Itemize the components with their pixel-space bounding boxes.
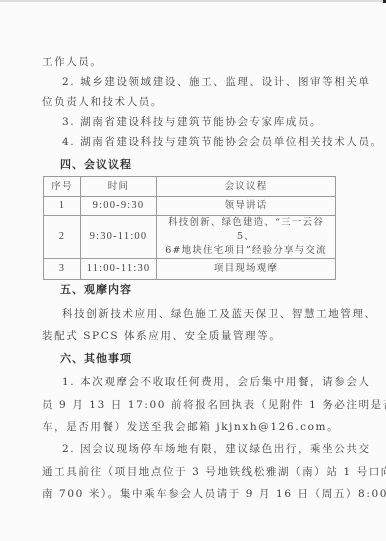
header-no: 序号 — [44, 177, 81, 197]
cell-agenda: 科技创新、绿色建造、“三一云谷 5、 6#地块住宅项目”经验分享与交流 — [157, 216, 336, 259]
list-item-4: 4. 湖南省建设科技与建筑节能协会会员单位相关技术人员。 — [62, 135, 383, 149]
document-page: 工作人员。 2. 城乡建设领域建设、施工、监理、设计、图审等相关单 位负责人和技… — [0, 0, 386, 541]
text-line: 南 700 米）。集中乘车参会人员请于 9 月 16 日（周五）8:00 前到 — [42, 487, 386, 501]
list-item-2: 2. 城乡建设领域建设、施工、监理、设计、图审等相关单 — [62, 75, 371, 89]
scan-edge — [0, 0, 386, 2]
list-item-3: 3. 湖南省建设科技与建筑节能协会专家库成员。 — [62, 115, 322, 129]
text-line: 员 9 月 13 日 17:00 前将报名回执表（见附件 1 务必注明是否乘 — [42, 398, 386, 412]
cell-time: 11:00-11:30 — [81, 259, 157, 280]
table-row: 1 9:00-9:30 领导讲话 — [44, 197, 336, 216]
text-line: 科技创新技术应用、绿色施工及蓝天保卫、智慧工地管理、 — [62, 307, 377, 321]
section-heading-tour-content: 五、观摩内容 — [60, 283, 132, 297]
cell-agenda: 领导讲话 — [157, 197, 336, 216]
table-row: 2 9:30-11:00 科技创新、绿色建造、“三一云谷 5、 6#地块住宅项目… — [44, 216, 336, 259]
cell-no: 3 — [44, 259, 81, 280]
text-line: 装配式 SPCS 体系应用、安全质量管理等。 — [42, 329, 281, 343]
cell-agenda: 项目现场观摩 — [157, 259, 336, 280]
agenda-table: 序号 时间 会议议程 1 9:00-9:30 领导讲话 2 9:30-11:00… — [43, 176, 336, 280]
table-row: 3 11:00-11:30 项目现场观摩 — [44, 259, 336, 280]
header-time: 时间 — [81, 177, 157, 197]
list-item-2: 2. 因会议现场停车场地有限，建议绿色出行，乘坐公共交 — [62, 442, 371, 456]
text-line: 工作人员。 — [42, 55, 103, 69]
text-line: 通工具前往（项目地点位于 3 号地铁线松雅湖（南）站 1 号口向 — [42, 465, 386, 479]
table-header-row: 序号 时间 会议议程 — [44, 177, 336, 197]
cell-agenda-line2: 6#地块住宅项目”经验分享与交流 — [157, 244, 335, 258]
list-item-2-cont: 位负责人和技术人员。 — [42, 95, 163, 109]
section-heading-agenda: 四、会议议程 — [60, 158, 132, 172]
cell-no: 2 — [44, 216, 81, 259]
list-item-1: 1. 本次观摩会不收取任何费用，会后集中用餐，请参会人 — [62, 375, 371, 389]
section-heading-other: 六、其他事项 — [60, 352, 132, 366]
cell-agenda-line1: 科技创新、绿色建造、“三一云谷 5、 — [157, 216, 335, 244]
email-text-line: 车，是否用餐）发送至我会邮箱 jkjnxh@126.com。 — [42, 420, 339, 434]
cell-time: 9:30-11:00 — [81, 216, 157, 259]
header-agenda: 会议议程 — [157, 177, 336, 197]
cell-time: 9:00-9:30 — [81, 197, 157, 216]
cell-no: 1 — [44, 197, 81, 216]
